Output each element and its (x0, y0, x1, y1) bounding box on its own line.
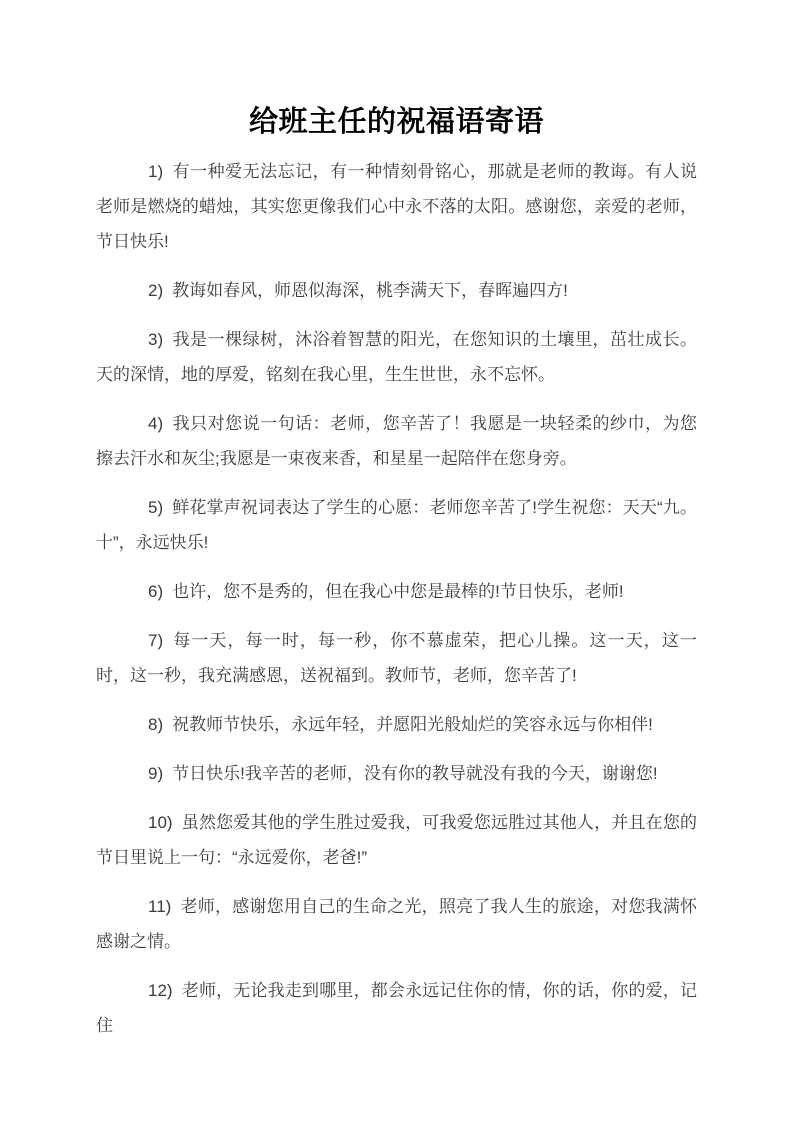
item-text: 节日快乐!我辛苦的老师，没有你的教导就没有我的今天，谢谢您! (172, 764, 657, 783)
list-item-12: 12)老师，无论我走到哪里，都会永远记住你的情，你的话，你的爱，记住 (96, 973, 697, 1043)
document-page: 给班主任的祝福语寄语 1)有一种爱无法忘记，有一种情刻骨铭心，那就是老师的教诲。… (0, 0, 793, 1122)
item-number: 11) (148, 897, 171, 916)
item-number: 3) (148, 330, 163, 349)
list-item-2: 2)教诲如春风，师恩似海深，桃李满天下，春晖遍四方! (96, 273, 697, 308)
list-item-8: 8)祝教师节快乐，永远年轻，并愿阳光般灿烂的笑容永远与你相伴! (96, 707, 697, 742)
list-item-4: 4)我只对您说一句话：老师，您辛苦了！我愿是一块轻柔的纱巾，为您擦去汗水和灰尘;… (96, 406, 697, 476)
item-text: 我是一棵绿树，沐浴着智慧的阳光，在您知识的土壤里，茁壮成长。天的深情，地的厚爱，… (96, 330, 697, 384)
item-text: 每一天，每一时，每一秒，你不慕虚荣，把心儿操。这一天，这一时，这一秒，我充满感恩… (96, 631, 697, 685)
item-text: 老师，感谢您用自己的生命之光，照亮了我人生的旅途，对您我满怀感谢之情。 (96, 897, 697, 951)
item-text: 老师，无论我走到哪里，都会永远记住你的情，你的话，你的爱，记住 (96, 981, 697, 1035)
list-item-3: 3)我是一棵绿树，沐浴着智慧的阳光，在您知识的土壤里，茁壮成长。天的深情，地的厚… (96, 322, 697, 392)
item-number: 7) (148, 631, 163, 650)
item-text: 也许，您不是秀的，但在我心中您是最棒的!节日快乐，老师! (172, 582, 623, 601)
list-item-11: 11)老师，感谢您用自己的生命之光，照亮了我人生的旅途，对您我满怀感谢之情。 (96, 889, 697, 959)
item-number: 6) (148, 582, 163, 601)
item-number: 8) (148, 715, 163, 734)
item-number: 1) (148, 162, 163, 181)
item-text: 鲜花掌声祝词表达了学生的心愿：老师您辛苦了!学生祝您：天天“九。十”，永远快乐! (96, 498, 697, 552)
item-text: 我只对您说一句话：老师，您辛苦了！我愿是一块轻柔的纱巾，为您擦去汗水和灰尘;我愿… (96, 414, 697, 468)
item-number: 10) (148, 813, 173, 832)
list-item-5: 5)鲜花掌声祝词表达了学生的心愿：老师您辛苦了!学生祝您：天天“九。十”，永远快… (96, 490, 697, 560)
item-number: 9) (148, 764, 163, 783)
list-item-10: 10)虽然您爱其他的学生胜过爱我，可我爱您远胜过其他人，并且在您的节日里说上一句… (96, 805, 697, 875)
list-item-7: 7)每一天，每一时，每一秒，你不慕虚荣，把心儿操。这一天，这一时，这一秒，我充满… (96, 623, 697, 693)
item-text: 虽然您爱其他的学生胜过爱我，可我爱您远胜过其他人，并且在您的节日里说上一句：“永… (96, 813, 697, 867)
list-item-1: 1)有一种爱无法忘记，有一种情刻骨铭心，那就是老师的教诲。有人说老师是燃烧的蜡烛… (96, 154, 697, 259)
item-number: 5) (148, 498, 163, 517)
list-item-9: 9)节日快乐!我辛苦的老师，没有你的教导就没有我的今天，谢谢您! (96, 756, 697, 791)
item-number: 12) (148, 981, 173, 1000)
item-number: 2) (148, 281, 163, 300)
item-text: 有一种爱无法忘记，有一种情刻骨铭心，那就是老师的教诲。有人说老师是燃烧的蜡烛，其… (96, 162, 697, 251)
list-item-6: 6)也许，您不是秀的，但在我心中您是最棒的!节日快乐，老师! (96, 574, 697, 609)
item-number: 4) (148, 414, 163, 433)
page-title: 给班主任的祝福语寄语 (96, 100, 697, 144)
item-text: 教诲如春风，师恩似海深，桃李满天下，春晖遍四方! (172, 281, 568, 300)
item-text: 祝教师节快乐，永远年轻，并愿阳光般灿烂的笑容永远与你相伴! (172, 715, 653, 734)
